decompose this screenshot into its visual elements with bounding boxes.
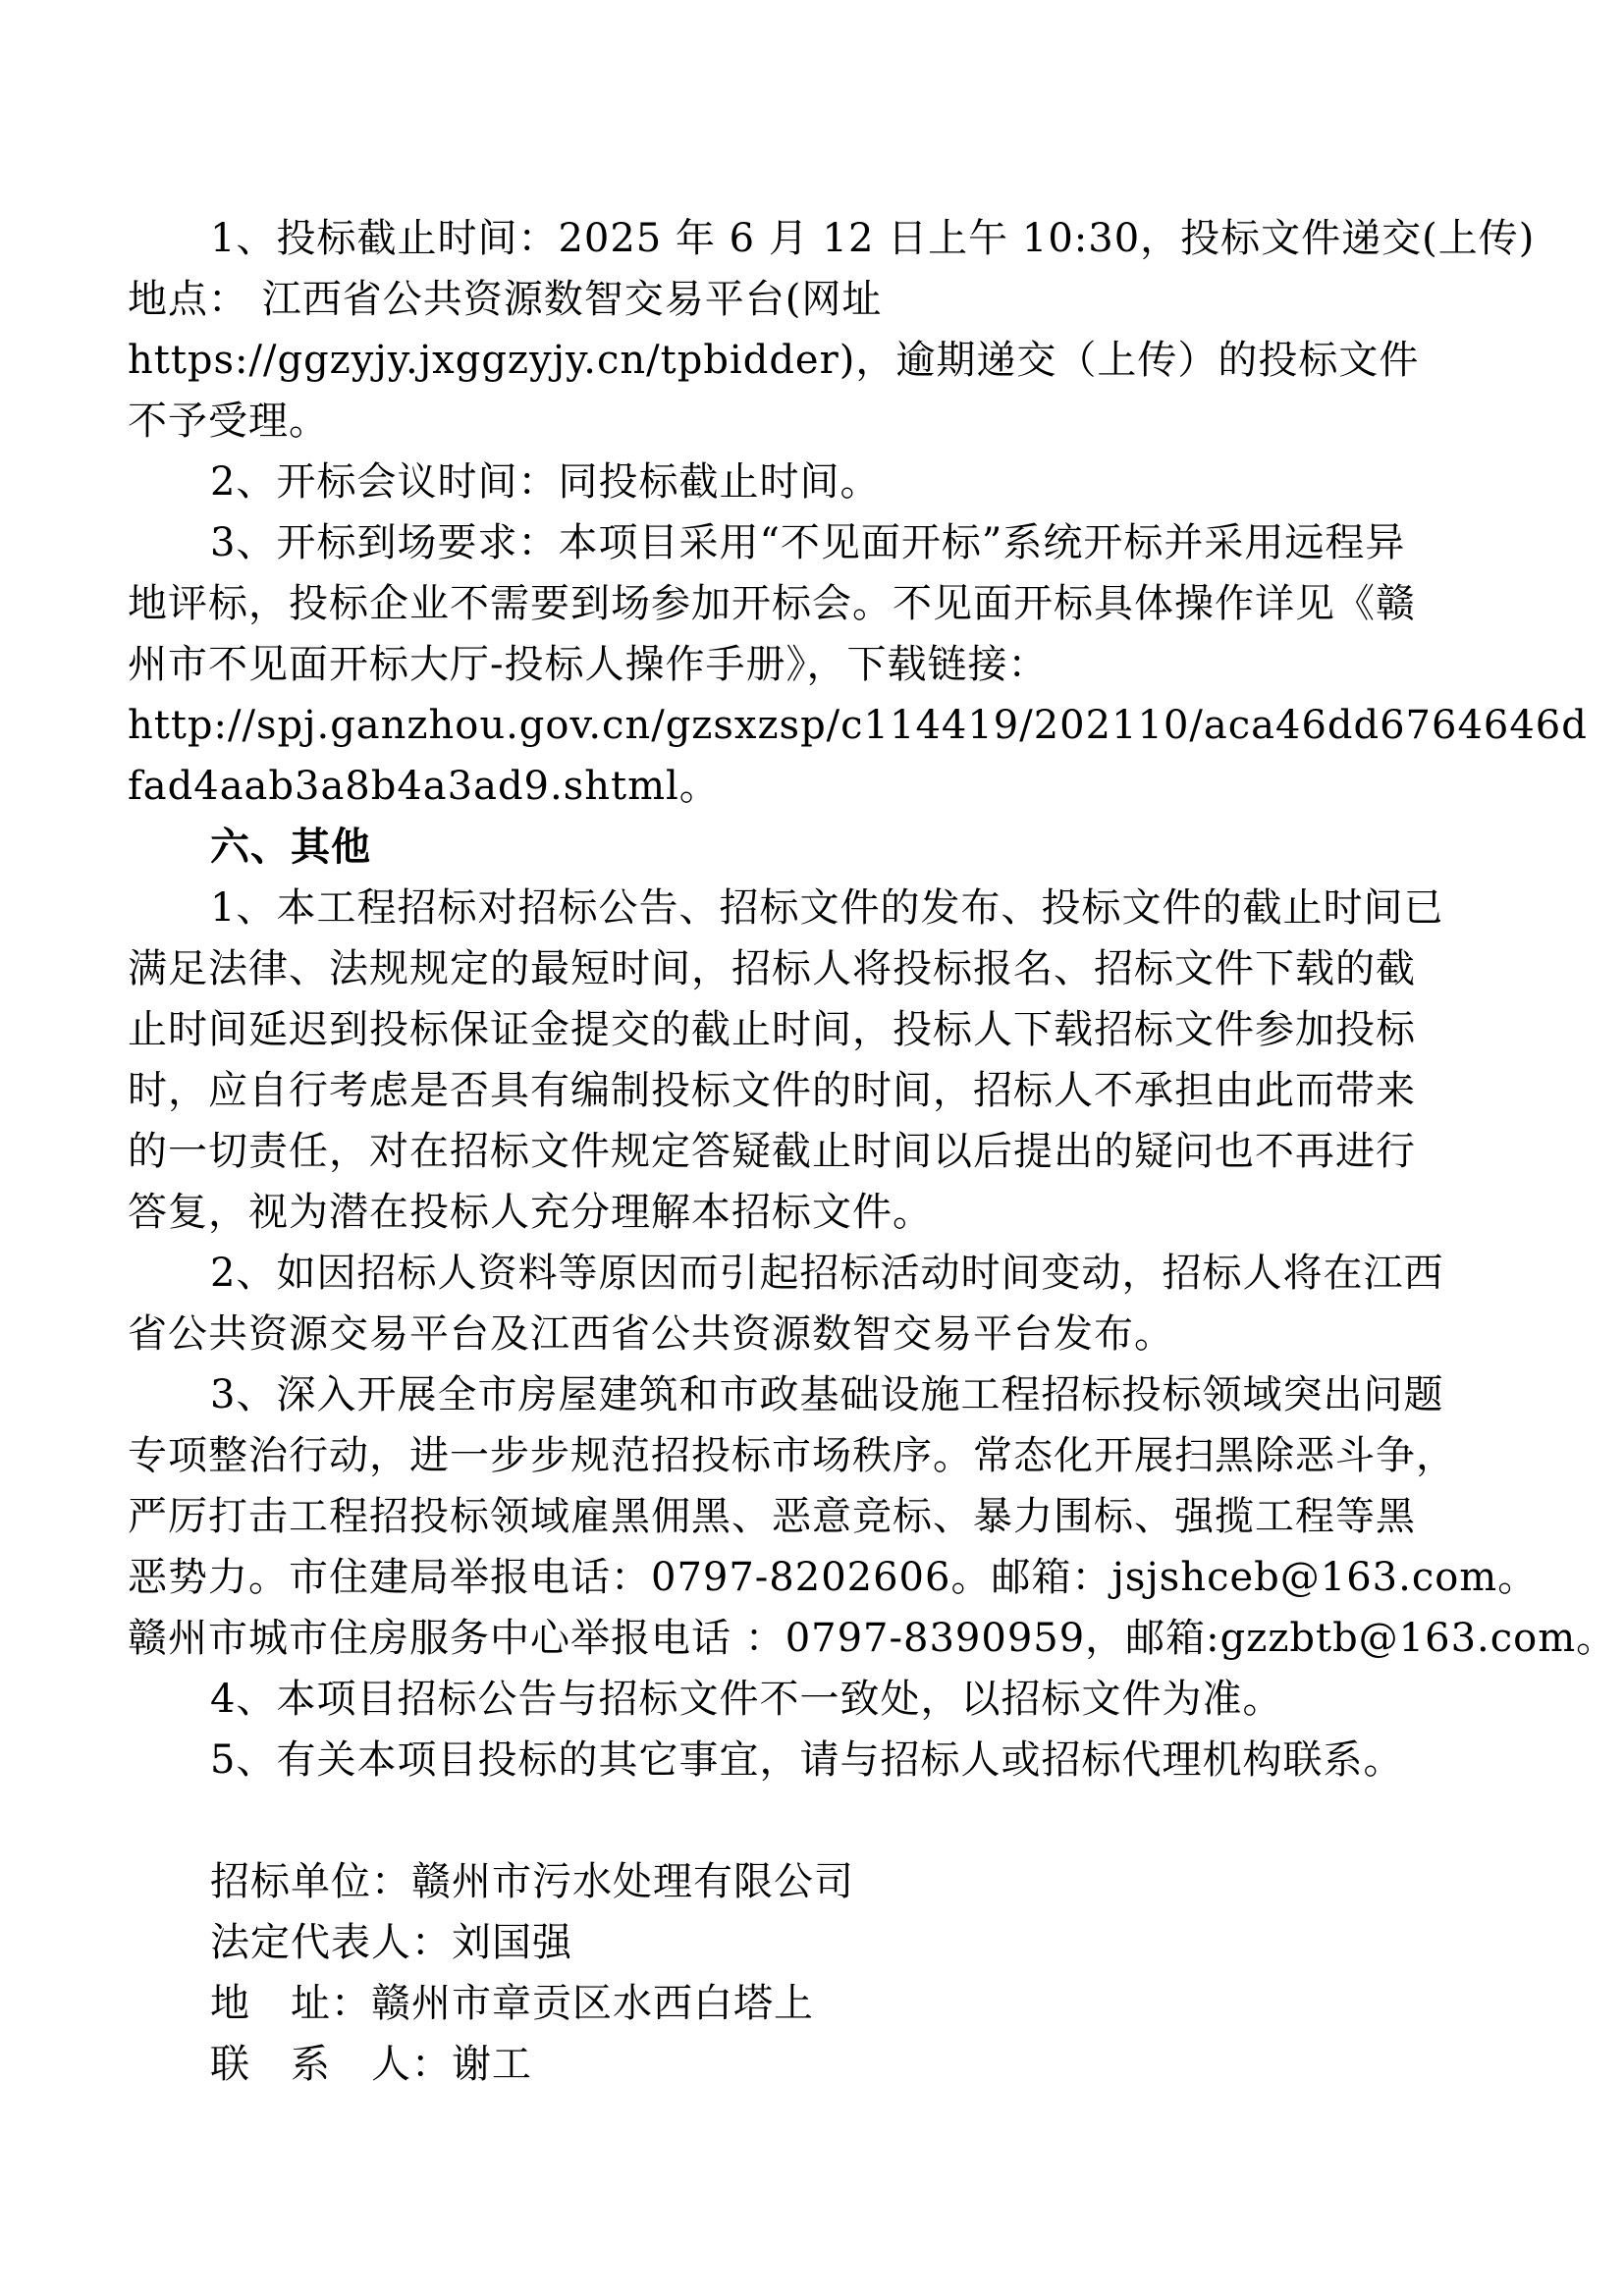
text-line: 法定代表人：刘国强 [128,1912,1522,1973]
document-page: 1、投标截止时间：2025 年 6 月 12 日上午 10:30，投标文件递交(… [0,0,1624,2296]
text-line: 的一切责任，对在招标文件规定答疑截止时间以后提出的疑问也不再进行 [128,1121,1522,1182]
text-line: 满足法律、法规规定的最短时间，招标人将投标报名、招标文件下载的截 [128,938,1522,999]
text-line: 答复，视为潜在投标人充分理解本招标文件。 [128,1182,1522,1243]
text-line: 联 系 人：谢工 [128,2034,1522,2095]
text-line: 止时间延迟到投标保证金提交的截止时间，投标人下载招标文件参加投标 [128,999,1522,1060]
text-line: 3、深入开展全市房屋建筑和市政基础设施工程招标投标领域突出问题 [128,1364,1522,1425]
text-line: 地点： 江西省公共资源数智交易平台(网址 [128,269,1522,330]
text-line: 1、本工程招标对招标公告、招标文件的发布、投标文件的截止时间已 [128,878,1522,938]
blank-line [128,1790,1522,1851]
text-line: https://ggzyjy.jxggzyjy.cn/tpbidder)，逾期递… [128,330,1522,391]
text-line: 5、有关本项目投标的其它事宜，请与招标人或招标代理机构联系。 [128,1730,1522,1790]
text-line: 地评标，投标企业不需要到场参加开标会。不见面开标具体操作详见《赣 [128,573,1522,634]
text-line: 省公共资源交易平台及江西省公共资源数智交易平台发布。 [128,1304,1522,1364]
text-line: 4、本项目招标公告与招标文件不一致处，以招标文件为准。 [128,1669,1522,1730]
text-line: 2、开标会议时间：同投标截止时间。 [128,452,1522,512]
text-line: 赣州市城市住房服务中心举报电话 ：0797-8390959，邮箱:gzzbtb@… [128,1608,1522,1669]
text-line: 专项整治行动，进一步步规范招投标市场秩序。常态化开展扫黑除恶斗争， [128,1425,1522,1486]
text-line: 地 址：赣州市章贡区水西白塔上 [128,1973,1522,2034]
text-line: http://spj.ganzhou.gov.cn/gzsxzsp/c11441… [128,695,1522,756]
document-body: 1、投标截止时间：2025 年 6 月 12 日上午 10:30，投标文件递交(… [128,208,1522,2095]
text-line: 2、如因招标人资料等原因而引起招标活动时间变动，招标人将在江西 [128,1243,1522,1304]
text-line: 严厉打击工程招投标领域雇黑佣黑、恶意竞标、暴力围标、强揽工程等黑 [128,1486,1522,1547]
text-line: 州市不见面开标大厅-投标人操作手册》，下载链接： [128,634,1522,695]
text-line: 恶势力。市住建局举报电话：0797-8202606。邮箱：jsjshceb@16… [128,1547,1522,1608]
section-heading: 六、其他 [128,817,1522,878]
text-line: fad4aab3a8b4a3ad9.shtml。 [128,756,1522,817]
text-line: 招标单位：赣州市污水处理有限公司 [128,1851,1522,1912]
text-line: 不予受理。 [128,391,1522,452]
text-line: 1、投标截止时间：2025 年 6 月 12 日上午 10:30，投标文件递交(… [128,208,1522,269]
text-line: 3、开标到场要求：本项目采用“不见面开标”系统开标并采用远程异 [128,512,1522,573]
text-line: 时，应自行考虑是否具有编制投标文件的时间，招标人不承担由此而带来 [128,1060,1522,1121]
